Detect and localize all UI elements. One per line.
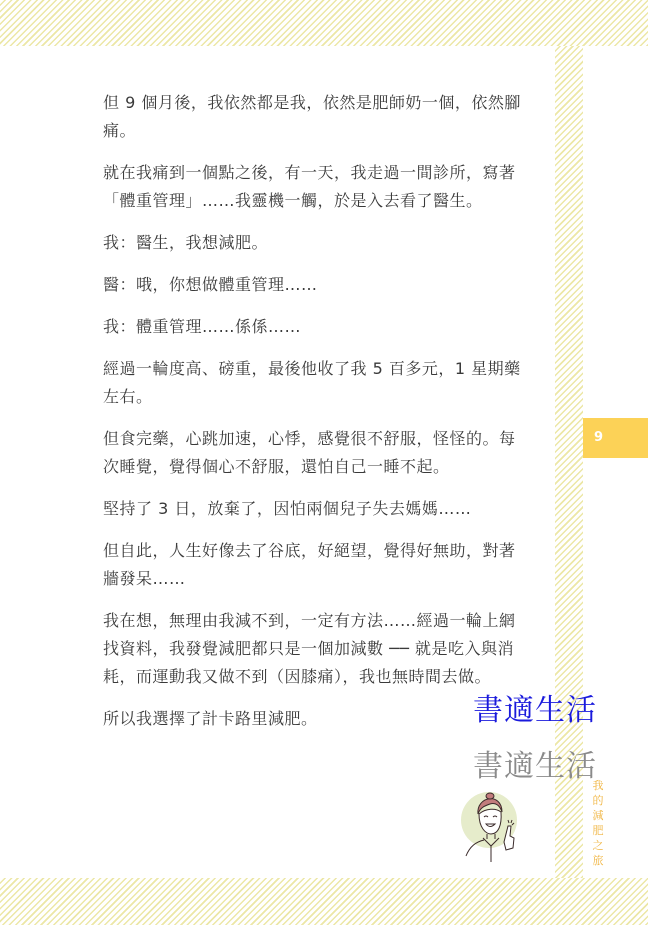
paragraph: 但自此，人生好像去了谷底，好絕望，覺得好無助，對著牆發呆……: [103, 537, 528, 593]
paragraph: 我在想，無理由我減不到，一定有方法……經過一輪上網找資料，我發覺減肥都只是一個加…: [103, 607, 528, 691]
smiling-woman-pointing-icon: [456, 784, 536, 864]
top-hatched-border: [0, 0, 648, 46]
paragraph: 經過一輪度高、磅重，最後他收了我 5 百多元，1 星期藥左右。: [103, 355, 528, 411]
chapter-label: 我的減肥之旅: [591, 778, 605, 868]
paragraph: 醫：哦，你想做體重管理……: [103, 271, 528, 299]
paragraph: 所以我選擇了計卡路里減肥。: [103, 705, 528, 733]
paragraph: 我：體重管理……係係……: [103, 313, 528, 341]
bottom-hatched-border: [0, 878, 648, 925]
page-number: 9: [594, 430, 603, 445]
paragraph: 堅持了 3 日，放棄了，因怕兩個兒子失去媽媽……: [103, 495, 528, 523]
paragraph: 但 9 個月後，我依然都是我，依然是肥師奶一個，依然腳痛。: [103, 89, 528, 145]
paragraph: 就在我痛到一個點之後，有一天，我走過一間診所，寫著「體重管理」……我靈機一觸，於…: [103, 159, 528, 215]
body-text: 但 9 個月後，我依然都是我，依然是肥師奶一個，依然腳痛。 就在我痛到一個點之後…: [103, 89, 528, 747]
watermark-blue: 書適生活: [473, 693, 597, 729]
page-number-tab: 9: [583, 418, 648, 458]
watermark-gray: 書適生活: [473, 749, 597, 785]
paragraph: 我：醫生，我想減肥。: [103, 229, 528, 257]
paragraph: 但食完藥，心跳加速，心悸，感覺很不舒服，怪怪的。每次睡覺，覺得個心不舒服，還怕自…: [103, 425, 528, 481]
